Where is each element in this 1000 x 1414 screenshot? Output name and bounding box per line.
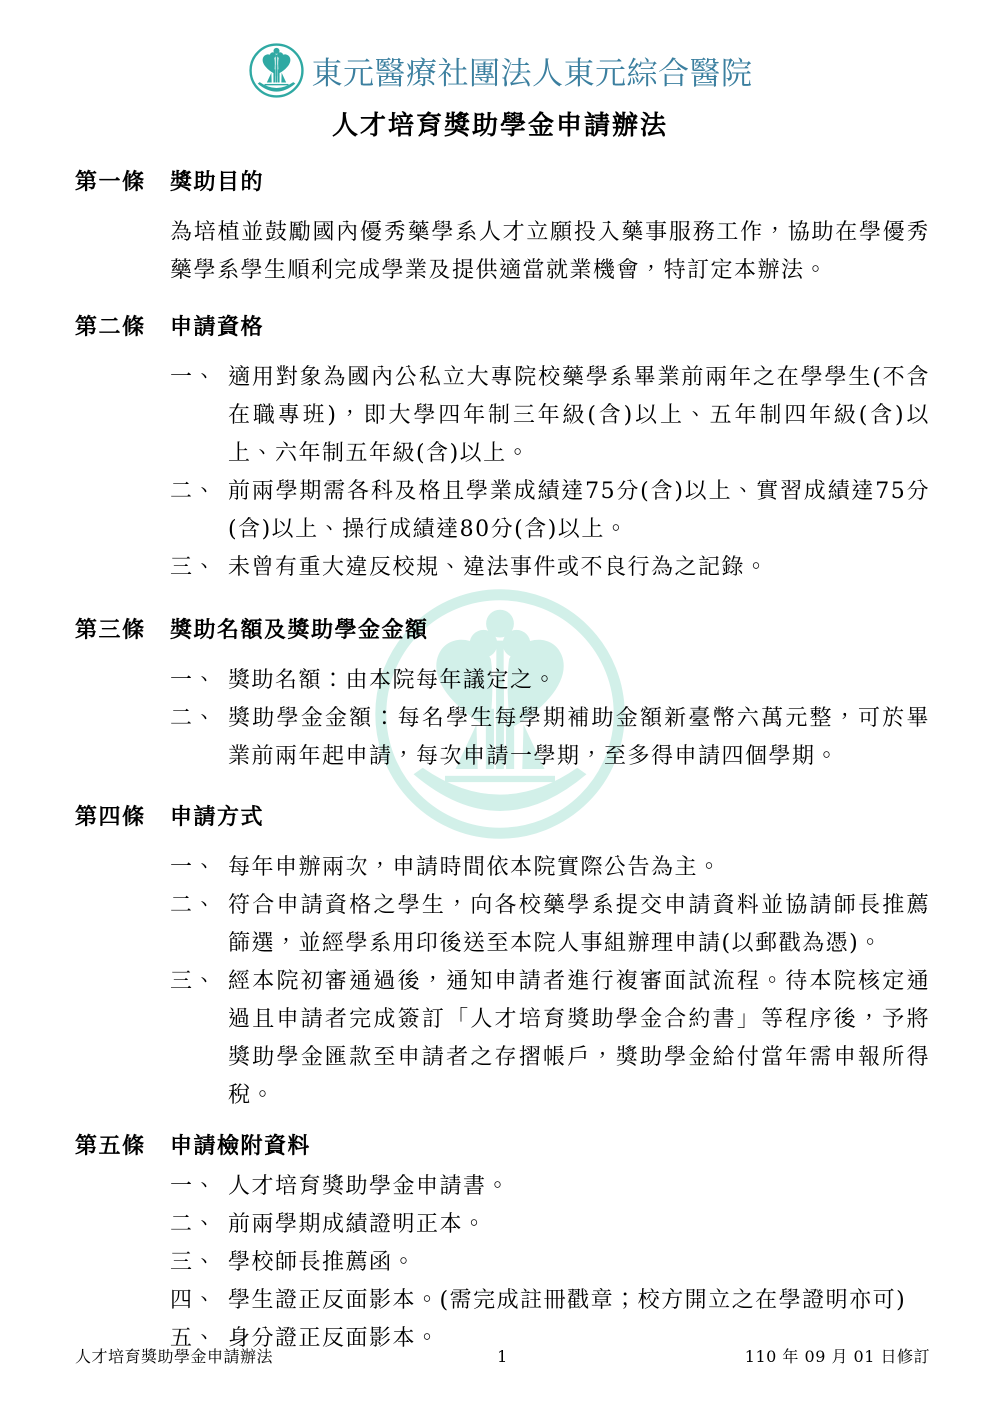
section: 第一條 獎助目的 為培植並鼓勵國內優秀藥學系人才立願投入藥事服務工作，協助在學優…	[75, 163, 930, 290]
list-item-marker: 三、	[170, 1244, 228, 1282]
article-number: 第二條	[75, 308, 170, 346]
list-item-text: 前兩學期需各科及格且學業成績達75分(含)以上、實習成績達75分(含)以上、操行…	[228, 473, 930, 549]
list-item-text: 人才培育獎助學金申請書。	[228, 1168, 930, 1206]
section-body: 為培植並鼓勵國內優秀藥學系人才立願投入藥事服務工作，協助在學優秀藥學系學生順利完…	[170, 214, 930, 290]
list-item-text: 學校師長推薦函。	[228, 1244, 930, 1282]
section-heading: 申請資格	[170, 308, 930, 346]
section-heading: 申請方式	[170, 798, 930, 836]
list-item: 三、未曾有重大違反校規、違法事件或不良行為之記錄。	[170, 549, 930, 587]
section: 第五條 申請檢附資料 一、人才培育獎助學金申請書。二、前兩學期成績證明正本。三、…	[75, 1127, 930, 1358]
list-item-marker: 三、	[170, 963, 228, 1115]
article-number: 第四條	[75, 798, 170, 836]
list-item-marker: 二、	[170, 887, 228, 963]
list-item-text: 獎助名額：由本院每年議定之。	[228, 662, 930, 700]
section-heading: 獎助名額及獎助學金金額	[170, 611, 930, 649]
document-page: 東元醫療社團法人東元綜合醫院 人才培育獎助學金申請辦法 第一條 獎助目的 為培植…	[0, 0, 1000, 1414]
list-item: 三、學校師長推薦函。	[170, 1244, 930, 1282]
section-header: 第二條 申請資格	[75, 308, 930, 346]
list-item-marker: 一、	[170, 1168, 228, 1206]
list-item-marker: 一、	[170, 359, 228, 473]
section-header: 第三條 獎助名額及獎助學金金額	[75, 611, 930, 649]
list-item-marker: 四、	[170, 1282, 228, 1320]
list-item: 一、每年申辦兩次，申請時間依本院實際公告為主。	[170, 849, 930, 887]
paragraph: 為培植並鼓勵國內優秀藥學系人才立願投入藥事服務工作，協助在學優秀藥學系學生順利完…	[170, 214, 930, 290]
section-body: 一、每年申辦兩次，申請時間依本院實際公告為主。二、符合申請資格之學生，向各校藥學…	[170, 849, 930, 1115]
organization-name: 東元醫療社團法人東元綜合醫院	[312, 48, 753, 93]
page-title: 人才培育獎助學金申請辦法	[0, 107, 1000, 145]
list-item-marker: 一、	[170, 849, 228, 887]
list-item-text: 適用對象為國內公私立大專院校藥學系畢業前兩年之在學學生(不含在職專班)，即大學四…	[228, 359, 930, 473]
list-item-marker: 三、	[170, 549, 228, 587]
list-item-text: 經本院初審通過後，通知申請者進行複審面試流程。待本院核定通過且申請者完成簽訂「人…	[228, 963, 930, 1115]
list-item-marker: 二、	[170, 700, 228, 776]
list-item-text: 獎助學金金額：每名學生每學期補助金額新臺幣六萬元整，可於畢業前兩年起申請，每次申…	[228, 700, 930, 776]
list-item-marker: 二、	[170, 1206, 228, 1244]
list-item: 二、前兩學期需各科及格且學業成績達75分(含)以上、實習成績達75分(含)以上、…	[170, 473, 930, 549]
list-item-marker: 二、	[170, 473, 228, 549]
list-item-text: 前兩學期成績證明正本。	[228, 1206, 930, 1244]
section-header: 第五條 申請檢附資料	[75, 1127, 930, 1165]
list-item-text: 符合申請資格之學生，向各校藥學系提交申請資料並協請師長推薦篩選，並經學系用印後送…	[228, 887, 930, 963]
document-body: 第一條 獎助目的 為培植並鼓勵國內優秀藥學系人才立願投入藥事服務工作，協助在學優…	[0, 163, 1000, 1358]
revision-date: 110 年 09 月 01 日修訂	[508, 1344, 930, 1367]
list-item: 三、經本院初審通過後，通知申請者進行複審面試流程。待本院核定通過且申請者完成簽訂…	[170, 963, 930, 1115]
list-item: 四、學生證正反面影本。(需完成註冊戳章；校方開立之在學證明亦可)	[170, 1282, 930, 1320]
section-heading: 獎助目的	[170, 163, 930, 201]
list-item: 二、符合申請資格之學生，向各校藥學系提交申請資料並協請師長推薦篩選，並經學系用印…	[170, 887, 930, 963]
section-header: 第四條 申請方式	[75, 798, 930, 836]
list-item-text: 未曾有重大違反校規、違法事件或不良行為之記錄。	[228, 549, 930, 587]
list-item: 二、前兩學期成績證明正本。	[170, 1206, 930, 1244]
section-body: 一、獎助名額：由本院每年議定之。二、獎助學金金額：每名學生每學期補助金額新臺幣六…	[170, 662, 930, 776]
list-item: 一、適用對象為國內公私立大專院校藥學系畢業前兩年之在學學生(不含在職專班)，即大…	[170, 359, 930, 473]
section: 第三條 獎助名額及獎助學金金額 一、獎助名額：由本院每年議定之。二、獎助學金金額…	[75, 611, 930, 776]
list-item-text: 學生證正反面影本。(需完成註冊戳章；校方開立之在學證明亦可)	[228, 1282, 930, 1320]
section-heading: 申請檢附資料	[170, 1127, 930, 1165]
list-item-text: 每年申辦兩次，申請時間依本院實際公告為主。	[228, 849, 930, 887]
article-number: 第三條	[75, 611, 170, 649]
hospital-logo-icon	[248, 42, 305, 99]
list-item: 一、獎助名額：由本院每年議定之。	[170, 662, 930, 700]
section: 第四條 申請方式 一、每年申辦兩次，申請時間依本院實際公告為主。二、符合申請資格…	[75, 798, 930, 1115]
list-item-marker: 一、	[170, 662, 228, 700]
page-footer: 人才培育獎助學金申請辦法 1 110 年 09 月 01 日修訂	[75, 1344, 930, 1367]
page-number: 1	[497, 1347, 508, 1366]
section-body: 一、適用對象為國內公私立大專院校藥學系畢業前兩年之在學學生(不含在職專班)，即大…	[170, 359, 930, 587]
section-header: 第一條 獎助目的	[75, 163, 930, 201]
section: 第二條 申請資格 一、適用對象為國內公私立大專院校藥學系畢業前兩年之在學學生(不…	[75, 308, 930, 587]
section-body: 一、人才培育獎助學金申請書。二、前兩學期成績證明正本。三、學校師長推薦函。四、學…	[170, 1168, 930, 1358]
list-item: 二、獎助學金金額：每名學生每學期補助金額新臺幣六萬元整，可於畢業前兩年起申請，每…	[170, 700, 930, 776]
article-number: 第五條	[75, 1127, 170, 1165]
article-number: 第一條	[75, 163, 170, 201]
document-header: 東元醫療社團法人東元綜合醫院	[0, 0, 1000, 99]
footer-doc-name: 人才培育獎助學金申請辦法	[75, 1344, 497, 1367]
list-item: 一、人才培育獎助學金申請書。	[170, 1168, 930, 1206]
